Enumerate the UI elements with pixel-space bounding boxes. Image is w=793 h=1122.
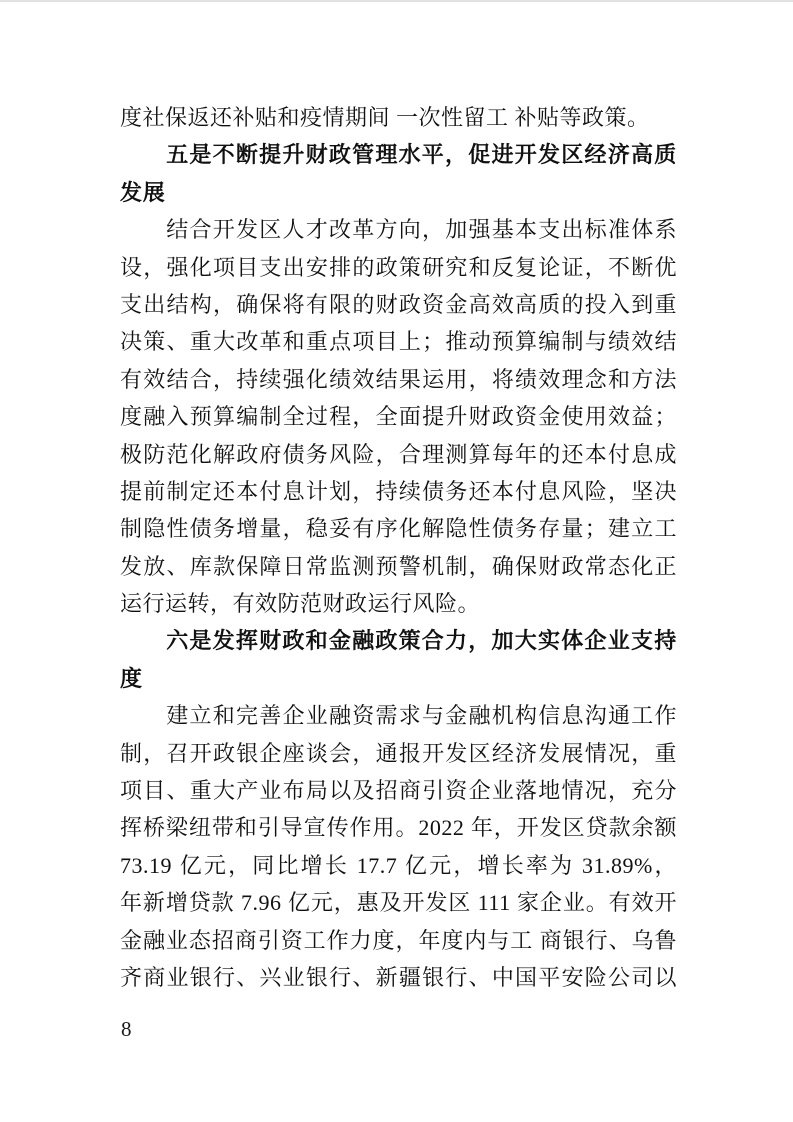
body-line: 支出结构，确保将有限的财政资金高效高质的投入到重大	[120, 286, 677, 323]
body-line: 设，强化项目支出安排的政策研究和反复论证，不断优化	[120, 249, 677, 286]
body-line: 制，召开政银企座谈会，通报开发区经济发展情况，重大	[120, 735, 677, 772]
page-body: 度社保返还补贴和疫情期间 一次性留工 补贴等政策。五是不断提升财政管理水平，促进…	[120, 99, 677, 996]
document-page: 度社保返还补贴和疫情期间 一次性留工 补贴等政策。五是不断提升财政管理水平，促进…	[0, 0, 793, 1122]
heading-line: 六是发挥财政和金融政策合力，加大实体企业支持力	[120, 622, 677, 659]
body-line: 极防范化解政府债务风险，合理测算每年的还本付息成本，	[120, 436, 677, 473]
body-line: 提前制定还本付息计划，持续债务还本付息风险，坚决遏	[120, 473, 677, 510]
body-line: 建立和完善企业融资需求与金融机构信息沟通工作机	[120, 697, 677, 734]
body-line: 运行运转，有效防范财政运行风险。	[120, 585, 677, 622]
body-line: 制隐性债务增量，稳妥有序化解隐性债务存量；建立工资	[120, 510, 677, 547]
body-line: 金融业态招商引资工作力度，年度内与工 商银行、乌鲁木	[120, 922, 677, 959]
heading-line: 五是不断提升财政管理水平，促进开发区经济高质量	[120, 136, 677, 173]
body-line: 决策、重大改革和重点项目上；推动预算编制与绩效结果	[120, 323, 677, 360]
body-line: 73.19 亿元，同比增长 17.7 亿元，增长率为 31.89%，2023	[120, 847, 677, 884]
body-line: 发放、库款保障日常监测预警机制，确保财政常态化正常	[120, 548, 677, 585]
body-line: 年新增贷款 7.96 亿元，惠及开发区 111 家企业。有效开展	[120, 884, 677, 921]
page-number: 8	[121, 1012, 132, 1046]
body-line: 有效结合，持续强化绩效结果运用，将绩效理念和方法深	[120, 361, 677, 398]
body-line: 挥桥梁纽带和引导宣传作用。2022 年，开发区贷款余额	[120, 809, 677, 846]
body-line: 度社保返还补贴和疫情期间 一次性留工 补贴等政策。	[120, 99, 677, 136]
body-line: 结合开发区人才改革方向，加强基本支出标准体系建	[120, 211, 677, 248]
heading-line: 发展	[120, 174, 677, 211]
body-line: 项目、重大产业布局以及招商引资企业落地情况，充分发	[120, 772, 677, 809]
heading-line: 度	[120, 660, 677, 697]
body-line: 度融入预算编制全过程，全面提升财政资金使用效益；积	[120, 398, 677, 435]
body-line: 齐商业银行、兴业银行、新疆银行、中国平安险公司以及	[120, 959, 677, 996]
